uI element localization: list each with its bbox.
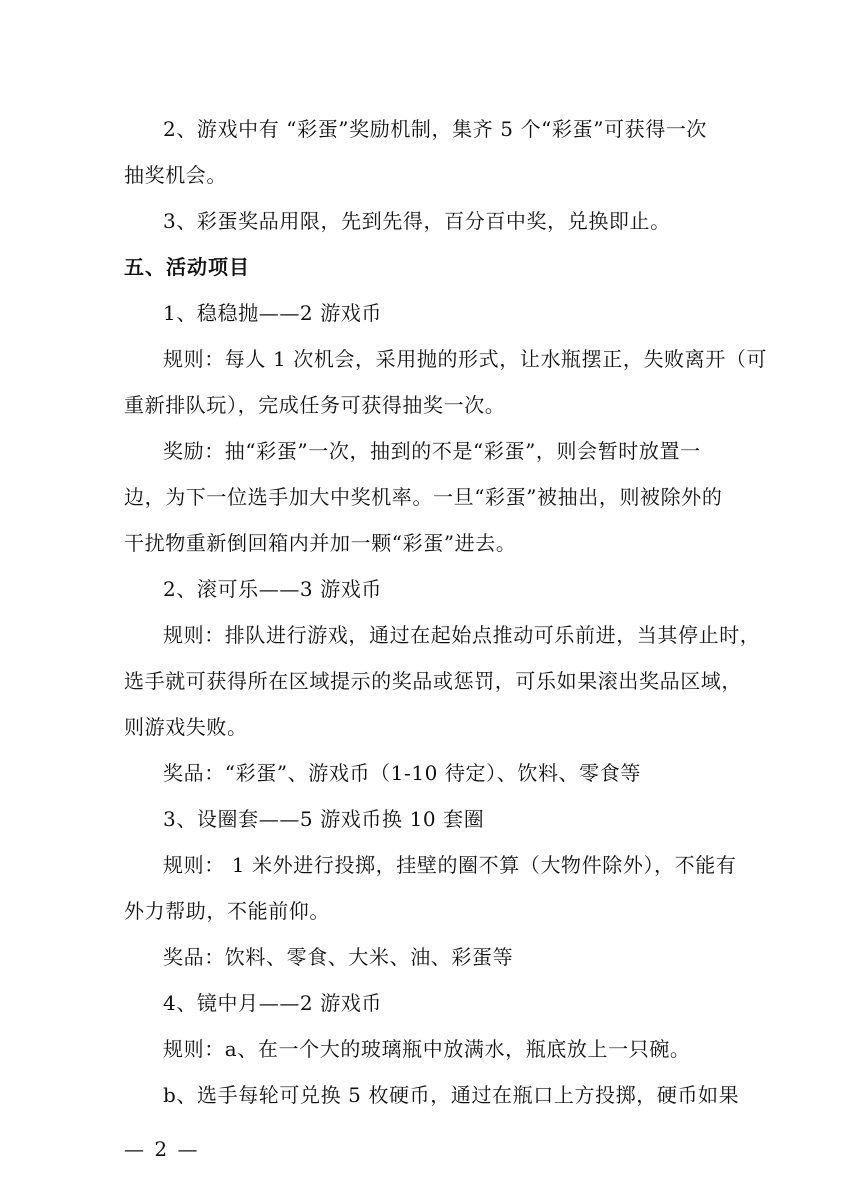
paragraph-line: 3、彩蛋奖品用限，先到先得，百分百中奖，兑换即止。 [163,209,763,233]
paragraph-line: 奖品：饮料、零食、大米、油、彩蛋等 [163,945,763,969]
paragraph-line: 则游戏失败。 [124,715,724,739]
paragraph-line: 干扰物重新倒回箱内并加一颗“彩蛋”进去。 [124,531,724,555]
paragraph-line: 规则： 1 米外进行投掷，挂壁的圈不算（大物件除外），不能有 [163,853,763,877]
paragraph-line: 2、游戏中有 “彩蛋”奖励机制，集齐 5 个“彩蛋”可获得一次 [163,117,763,141]
paragraph-line: 奖品：“彩蛋”、游戏币（1-10 待定）、饮料、零食等 [163,761,763,785]
item-title: 4、镜中月——2 游戏币 [163,991,763,1015]
paragraph-line: 外力帮助，不能前仰。 [124,899,724,923]
paragraph-line: 选手就可获得所在区域提示的奖品或惩罚，可乐如果滚出奖品区域， [124,669,724,693]
paragraph-line: 重新排队玩），完成任务可获得抽奖一次。 [124,393,724,417]
item-title: 1、稳稳抛——2 游戏币 [163,301,763,325]
page-number: — 2 — [124,1137,199,1161]
item-title: 3、设圈套——5 游戏币换 10 套圈 [163,807,763,831]
paragraph-line: b、选手每轮可兑换 5 枚硬币，通过在瓶口上方投掷，硬币如果 [163,1083,763,1107]
paragraph-line: 奖励：抽“彩蛋”一次，抽到的不是“彩蛋”，则会暂时放置一 [163,439,763,463]
paragraph-line: 规则：a、在一个大的玻璃瓶中放满水，瓶底放上一只碗。 [163,1037,763,1061]
section-heading: 五、活动项目 [124,255,724,279]
item-title: 2、滚可乐——3 游戏币 [163,577,763,601]
paragraph-line: 规则：排队进行游戏，通过在起始点推动可乐前进，当其停止时， [163,623,763,647]
paragraph-line: 规则：每人 1 次机会，采用抛的形式，让水瓶摆正，失败离开（可 [163,347,763,371]
document-page: 2、游戏中有 “彩蛋”奖励机制，集齐 5 个“彩蛋”可获得一次 抽奖机会。 3、… [0,0,849,1200]
paragraph-line: 边，为下一位选手加大中奖机率。一旦“彩蛋”被抽出，则被除外的 [124,485,724,509]
paragraph-line: 抽奖机会。 [124,163,724,187]
